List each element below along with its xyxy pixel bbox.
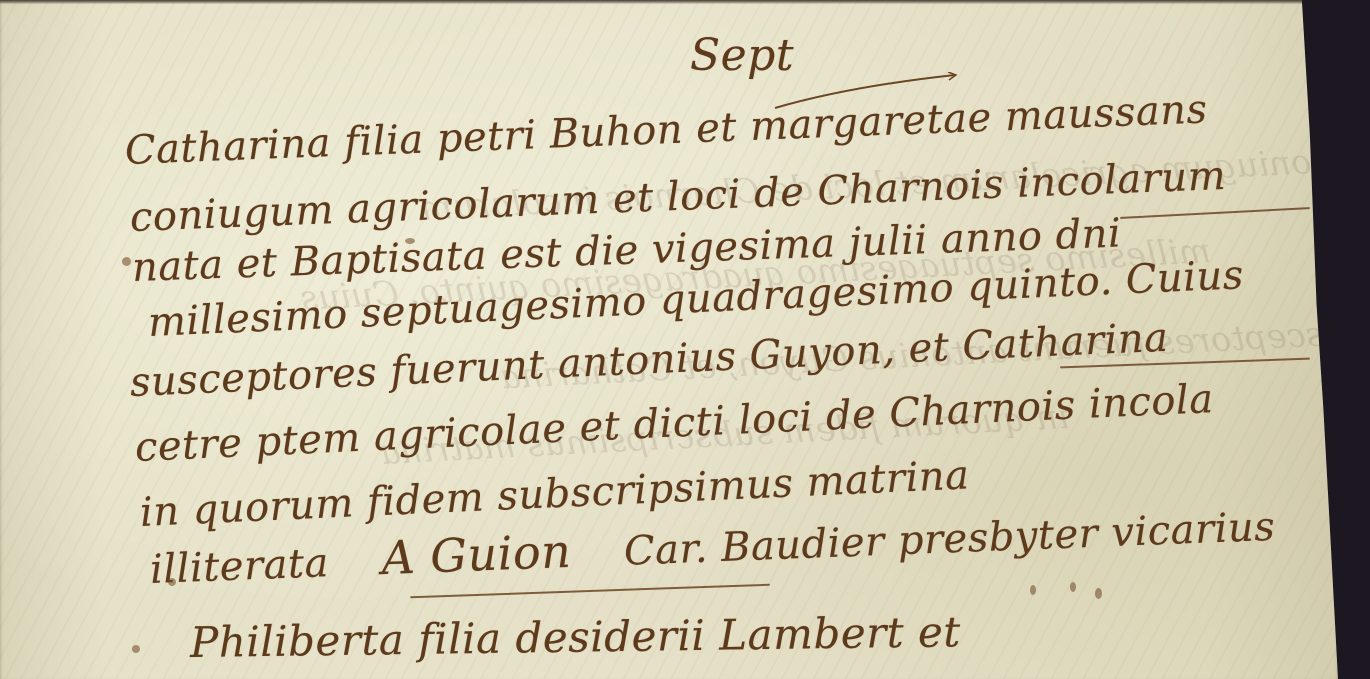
signature-godfather: A Guion <box>380 524 572 585</box>
entry-separator-stroke <box>410 584 770 599</box>
manuscript-page: coniugum agricolarum et loci de Charnois… <box>0 0 1338 679</box>
ink-blot <box>168 578 176 586</box>
ink-blot <box>1095 588 1102 599</box>
scanned-document: coniugum agricolarum et loci de Charnois… <box>0 0 1370 679</box>
illiterate-note: illiterata <box>149 540 329 593</box>
ink-blot <box>132 645 140 653</box>
entry-line: Philiberta filia desiderii Lambert et <box>190 607 961 667</box>
ink-blot <box>1030 585 1036 595</box>
line-filler-stroke <box>1120 207 1310 219</box>
signature-priest: Car. Baudier presbyter vicarius <box>623 504 1276 575</box>
page-top-edge <box>0 0 1340 4</box>
ink-blot <box>122 257 131 266</box>
ink-blot <box>1070 582 1076 592</box>
ink-blot <box>405 238 415 244</box>
